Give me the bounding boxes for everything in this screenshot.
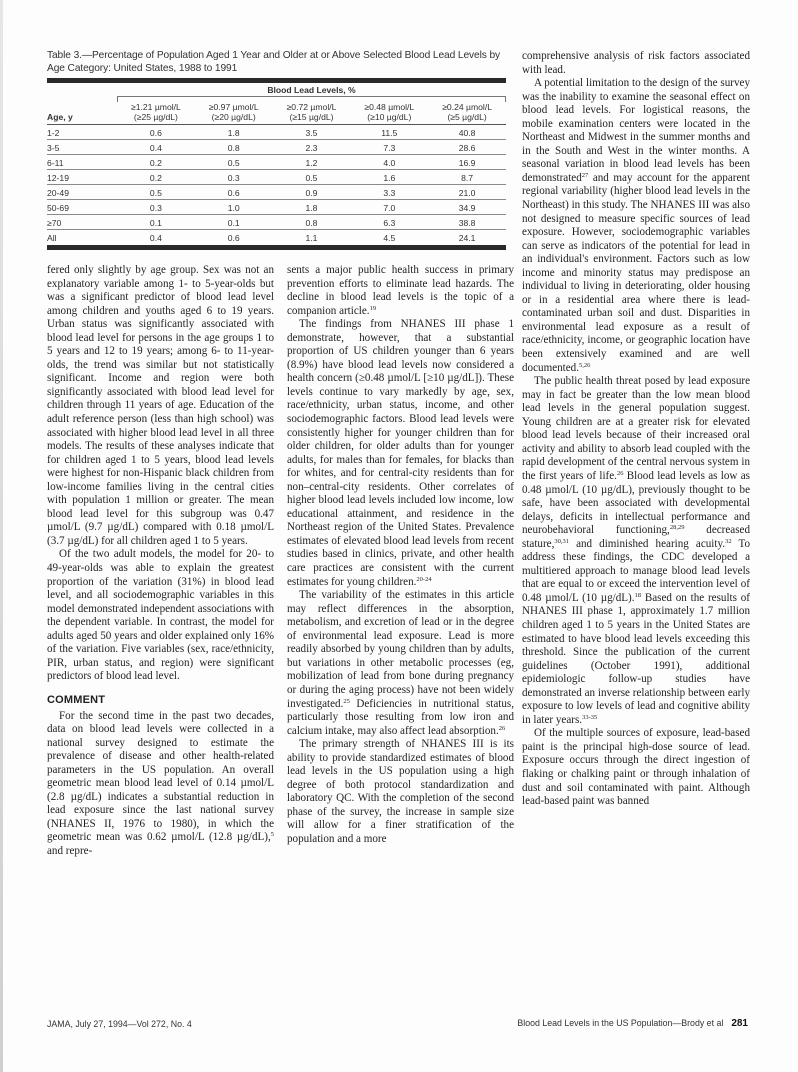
column-header: ≥0.72 µmol/L(≥15 µg/dL) — [273, 102, 351, 125]
page-edge — [0, 0, 3, 1072]
citation: 5 — [271, 831, 274, 838]
table-row: All0.40.61.14.524.1 — [47, 230, 506, 245]
table-row: ≥700.10.10.86.338.8 — [47, 215, 506, 230]
table-row: 50-690.31.01.87.034.9 — [47, 200, 506, 215]
citation: 33-35 — [582, 714, 597, 721]
paragraph: fered only slightly by age group. Sex wa… — [47, 264, 274, 548]
table-row: 12-190.20.30.51.68.7 — [47, 170, 506, 185]
table-3: Table 3.—Percentage of Population Aged 1… — [47, 49, 506, 250]
column-header: ≥0.48 µmol/L(≥10 µg/dL) — [350, 102, 428, 125]
text-column-2: sents a major public health success in p… — [287, 264, 514, 847]
blood-lead-table: Blood Lead Levels, % Age, y ≥1.21 µmol/L… — [47, 83, 506, 244]
citation: 30,31 — [554, 538, 569, 545]
paragraph: The findings from NHANES III phase 1 dem… — [287, 318, 514, 589]
table-row: 20-490.50.60.93.321.0 — [47, 185, 506, 200]
table-row: 3-50.40.82.37.328.6 — [47, 140, 506, 155]
spanning-header: Blood Lead Levels, % — [117, 83, 506, 96]
paragraph: For the second time in the past two deca… — [47, 710, 274, 859]
running-footer: Blood Lead Levels in the US Population—B… — [517, 1018, 748, 1029]
paragraph: Of the multiple sources of exposure, lea… — [522, 727, 750, 808]
page-number: 281 — [731, 1018, 748, 1029]
text-column-1: fered only slightly by age group. Sex wa… — [47, 264, 274, 859]
paragraph: Of the two adult models, the model for 2… — [47, 548, 274, 683]
citation: 20-24 — [416, 576, 431, 583]
paragraph: comprehensive analysis of risk factors a… — [522, 50, 750, 77]
citation: 28,29 — [670, 524, 685, 531]
journal-footer: JAMA, July 27, 1994—Vol 272, No. 4 — [47, 1019, 192, 1029]
table-caption: Table 3.—Percentage of Population Aged 1… — [47, 49, 506, 75]
citation: 26 — [499, 725, 506, 732]
column-header: ≥0.97 µmol/L(≥20 µg/dL) — [195, 102, 273, 125]
age-header: Age, y — [47, 102, 117, 125]
citation: 5,26 — [579, 362, 590, 369]
paragraph: The variability of the estimates in this… — [287, 589, 514, 738]
citation: 19 — [370, 305, 377, 312]
paragraph: The primary strength of NHANES III is it… — [287, 738, 514, 846]
section-heading-comment: COMMENT — [47, 694, 274, 708]
column-header: ≥1.21 µmol/L(≥25 µg/dL) — [117, 102, 195, 125]
column-header: ≥0.24 µmol/L(≥5 µg/dL) — [428, 102, 506, 125]
paragraph: sents a major public health success in p… — [287, 264, 514, 318]
text-column-3: comprehensive analysis of risk factors a… — [522, 50, 750, 809]
paragraph: A potential limitation to the design of … — [522, 77, 750, 375]
table-bottom-rule — [47, 245, 506, 250]
paragraph: The public health threat posed by lead e… — [522, 375, 750, 727]
table-row: 6-110.20.51.24.016.9 — [47, 155, 506, 170]
table-row: 1-20.61.83.511.540.8 — [47, 125, 506, 140]
